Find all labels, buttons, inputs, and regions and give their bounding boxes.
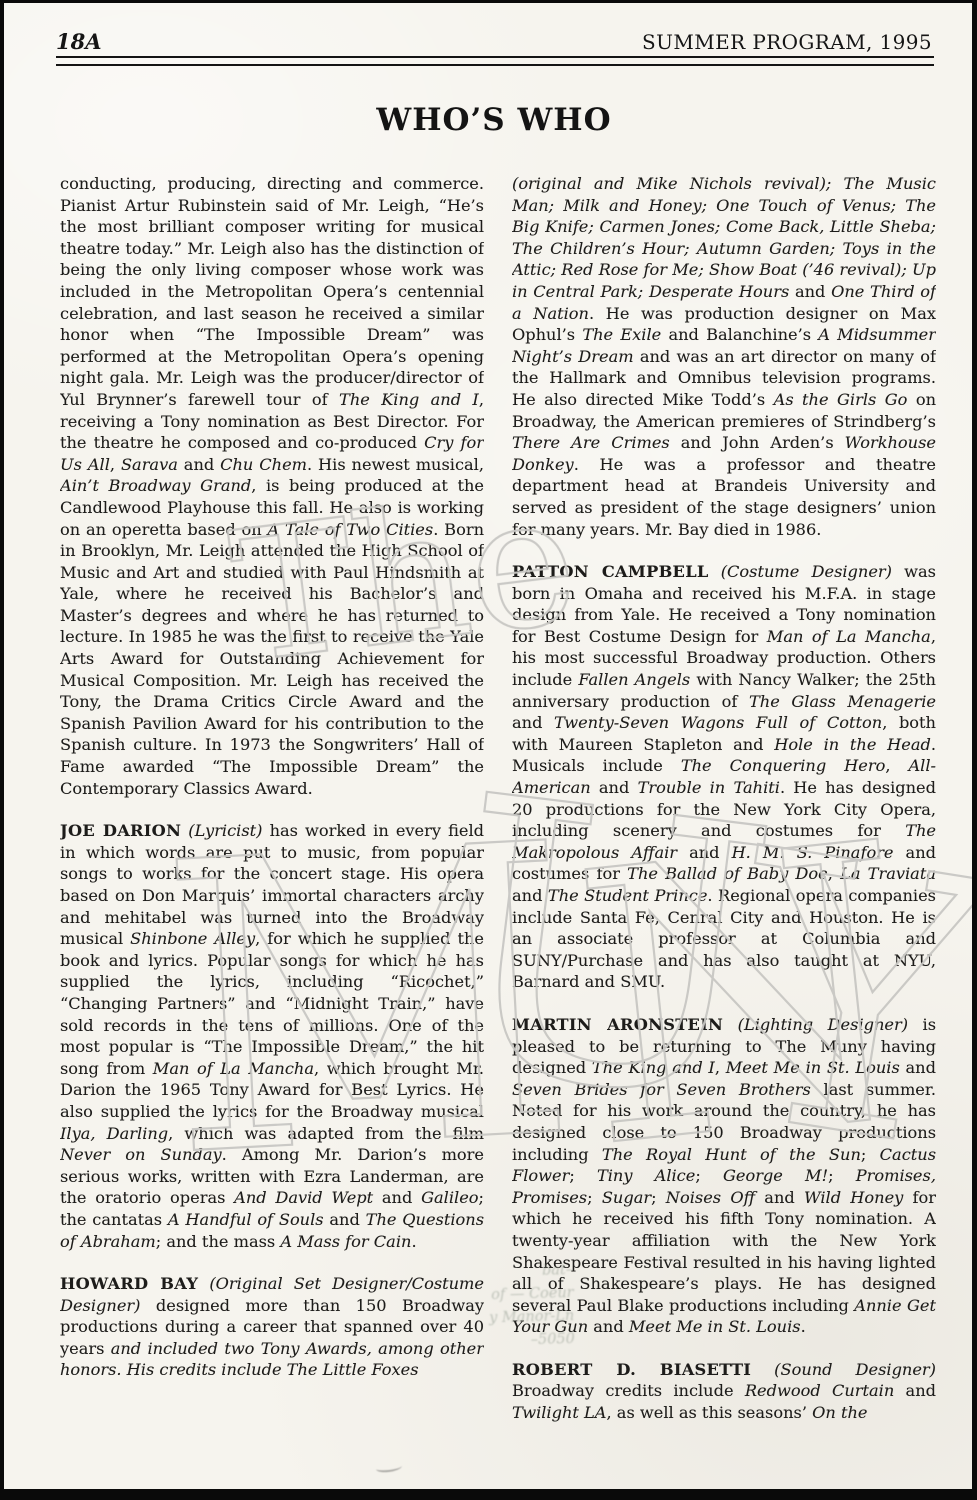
bio-role: (Costume Designer) xyxy=(721,562,892,581)
paper: 18A SUMMER PROGRAM, 1995 WHO’S WHO condu… xyxy=(4,3,972,1489)
ghost-line: –5050 xyxy=(425,1328,576,1355)
bio-role: (Sound Designer) xyxy=(774,1360,936,1379)
scanned-program-page: 18A SUMMER PROGRAM, 1995 WHO’S WHO condu… xyxy=(0,0,977,1500)
bio-body: was born in Omaha and received his M.F.A… xyxy=(512,562,936,991)
left-column: conducting, producing, directing and com… xyxy=(60,173,484,1467)
bio-name: HOWARD BAY xyxy=(60,1274,198,1293)
bio-martin-aronstein: MARTIN ARONSTEIN (Lighting Designer) is … xyxy=(512,1014,936,1338)
bio-body: has worked in every field in which words… xyxy=(60,821,484,1250)
bio-body: is pleased to be returning to The Muny h… xyxy=(512,1015,936,1336)
bio-name: MARTIN ARONSTEIN xyxy=(512,1015,723,1034)
bio-role: (Lighting Designer) xyxy=(738,1015,908,1034)
page-header: 18A SUMMER PROGRAM, 1995 xyxy=(56,29,932,54)
bio-patton-campbell: PATTON CAMPBELL (Costume Designer) was b… xyxy=(512,561,936,993)
stray-pen-mark xyxy=(376,1462,403,1473)
bleed-through-ghost-text: bat– of — Coeur y Manor-Ln –5050 xyxy=(423,1259,575,1355)
bio-robert-biasetti: ROBERT D. BIASETTI (Sound Designer) Broa… xyxy=(512,1359,936,1424)
page-title: WHO’S WHO xyxy=(56,102,932,138)
bio-name: JOE DARION xyxy=(60,821,181,840)
bio-howard-bay: HOWARD BAY (Original Set Designer/Costum… xyxy=(60,1273,484,1381)
publication-title: SUMMER PROGRAM, 1995 xyxy=(642,30,932,54)
right-column: (original and Mike Nichols revival); The… xyxy=(512,173,936,1467)
bio-continuation-leigh: conducting, producing, directing and com… xyxy=(60,173,484,799)
bio-role: (Lyricist) xyxy=(188,821,262,840)
bio-name: PATTON CAMPBELL xyxy=(512,562,709,581)
header-double-rule xyxy=(56,56,934,66)
bio-name: ROBERT D. BIASETTI xyxy=(512,1360,751,1379)
bio-body: Broadway credits include Redwood Curtain… xyxy=(512,1381,936,1422)
page-number: 18A xyxy=(56,29,102,54)
bio-continuation-bay-credits: (original and Mike Nichols revival); The… xyxy=(512,173,936,540)
bio-joe-darion: JOE DARION (Lyricist) has worked in ever… xyxy=(60,820,484,1252)
